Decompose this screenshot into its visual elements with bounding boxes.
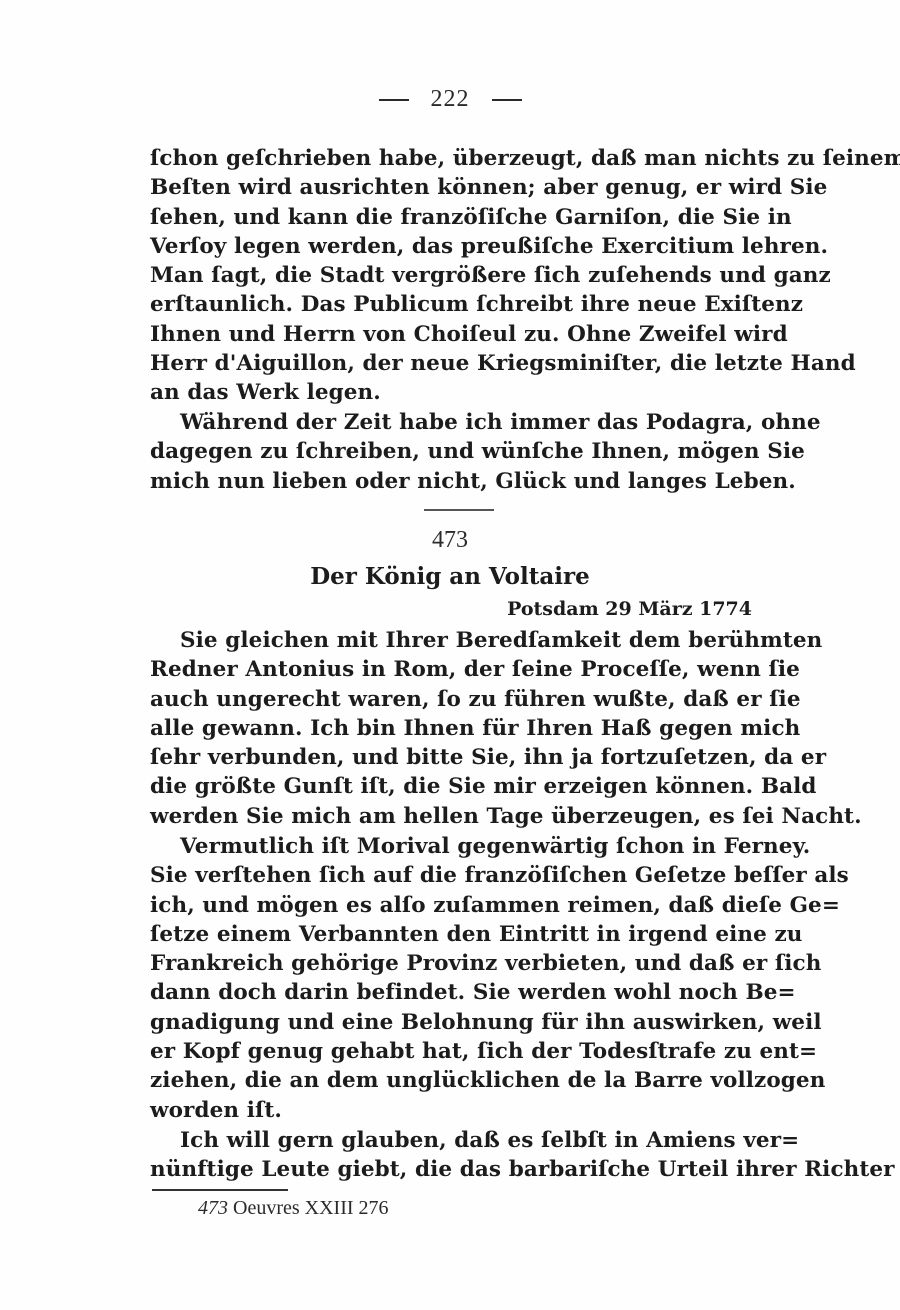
page-number: 222: [431, 86, 470, 112]
text-line: ſetze einem Verbannten den Eintritt in i…: [150, 920, 774, 949]
text-line: ſchon geſchrieben habe, überzeugt, daß m…: [150, 144, 774, 173]
text-line: alle gewann. Ich bin Ihnen für Ihren Haß…: [150, 714, 774, 743]
book-page: 222 ſchon geſchrieben habe, überzeugt, d…: [0, 0, 900, 1310]
text-line: dann doch darin befindet. Sie werden woh…: [150, 978, 774, 1007]
text-line: die größte Gunſt iſt, die Sie mir erzeig…: [150, 772, 774, 801]
text-line: er Kopf genug gehabt hat, ſich der Todes…: [150, 1037, 774, 1066]
text-line: gnadigung und eine Belohnung für ihn aus…: [150, 1008, 774, 1037]
footnote-reference: Oeuvres XXIII 276: [233, 1197, 389, 1219]
text-line: Vermutlich iſt Morival gegenwärtig ſchon…: [150, 832, 774, 861]
text-line: Verſoy legen werden, das preußiſche Exer…: [150, 232, 774, 261]
footnote-number: 473: [198, 1197, 228, 1219]
text-line: Man ſagt, die Stadt vergrößere ſich zuſe…: [150, 261, 774, 290]
letter-paragraph-3: Ich will gern glauben, daß es ſelbſt in …: [150, 1126, 774, 1185]
text-line: Redner Antonius in Rom, der ſeine Proceſ…: [150, 655, 774, 684]
letter-paragraph-1: Sie gleichen mit Ihrer Beredſamkeit dem …: [150, 626, 774, 831]
text-line: Frankreich gehörige Provinz verbieten, u…: [150, 949, 774, 978]
text-line: Herr d'Aiguillon, der neue Kriegsminiſte…: [150, 349, 774, 378]
footnote: 473 Oeuvres XXIII 276: [198, 1197, 389, 1220]
text-line: mich nun lieben oder nicht, Glück und la…: [150, 467, 774, 496]
text-line: auch ungerecht waren, ſo zu führen wußte…: [150, 685, 774, 714]
text-line: nünftige Leute giebt, die das barbariſch…: [150, 1155, 774, 1184]
letter-paragraph-2: Vermutlich iſt Morival gegenwärtig ſchon…: [150, 832, 774, 1125]
text-line: worden iſt.: [150, 1096, 774, 1125]
text-line: ſehen, und kann die franzöſiſche Garniſo…: [150, 203, 774, 232]
page-number-header: 222: [0, 86, 900, 113]
text-line: erſtaunlich. Das Publicum ſchreibt ihre …: [150, 290, 774, 319]
continuation-paragraph: ſchon geſchrieben habe, überzeugt, daß m…: [150, 144, 774, 408]
text-line: ziehen, die an dem unglücklichen de la B…: [150, 1066, 774, 1095]
letter-title: Der König an Voltaire: [0, 563, 900, 590]
section-separator: [424, 509, 494, 511]
text-line: Sie verſtehen ſich auf die franzöſiſchen…: [150, 861, 774, 890]
closing-paragraph: Während der Zeit habe ich immer das Poda…: [150, 408, 774, 496]
footnote-rule: [152, 1189, 288, 1191]
text-line: ich, und mögen es alſo zuſammen reimen, …: [150, 891, 774, 920]
text-line: Sie gleichen mit Ihrer Beredſamkeit dem …: [150, 626, 774, 655]
header-dash-right: [492, 99, 522, 101]
letter-number: 473: [0, 527, 900, 554]
text-line: Beſten wird ausrichten können; aber genu…: [150, 173, 774, 202]
letter-dateline: Potsdam 29 März 1774: [507, 598, 752, 620]
text-line: werden Sie mich am hellen Tage überzeuge…: [150, 802, 774, 831]
text-line: Ihnen und Herrn von Choiſeul zu. Ohne Zw…: [150, 320, 774, 349]
text-line: an das Werk legen.: [150, 378, 774, 407]
text-line: dagegen zu ſchreiben, und wünſche Ihnen,…: [150, 437, 774, 466]
text-line: Ich will gern glauben, daß es ſelbſt in …: [150, 1126, 774, 1155]
text-line: Während der Zeit habe ich immer das Poda…: [150, 408, 774, 437]
text-line: ſehr verbunden, und bitte Sie, ihn ja fo…: [150, 743, 774, 772]
header-dash-left: [379, 99, 409, 101]
